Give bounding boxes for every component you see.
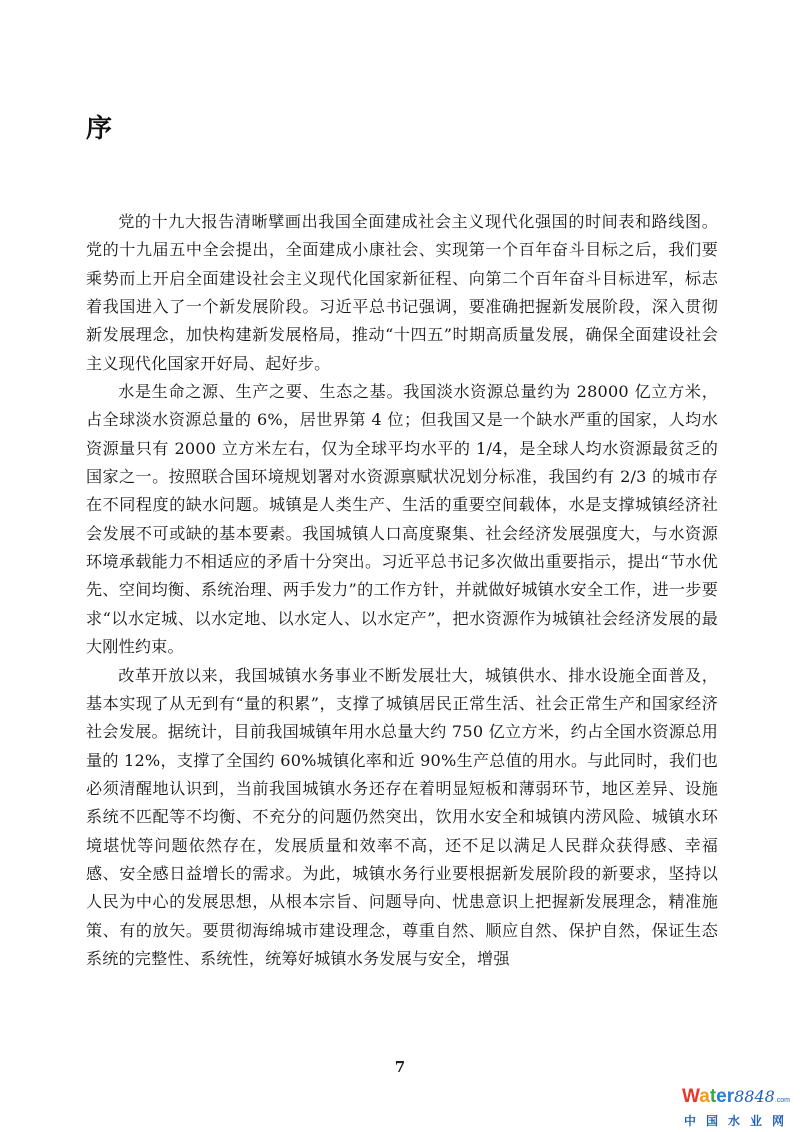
paragraph-2: 水是生命之源、生产之要、生态之基。我国淡水资源总量约为 28000 亿立方米，占… [86, 378, 718, 661]
watermark-subtitle: 中国水业网 [682, 1113, 794, 1129]
logo-suffix: .com [775, 1097, 790, 1104]
watermark-logo-text: Water8848.com [682, 1087, 794, 1111]
paragraph-1: 党的十九大报告清晰擘画出我国全面建成社会主义现代化强国的时间表和路线图。党的十九… [86, 208, 718, 378]
document-page: 序 党的十九大报告清晰擘画出我国全面建成社会主义现代化强国的时间表和路线图。党的… [0, 0, 800, 1132]
logo-letter-a: a [699, 1086, 710, 1107]
logo-letter-er: er [716, 1086, 734, 1107]
page-number: 7 [0, 1058, 800, 1076]
logo-number: 8848 [734, 1087, 775, 1106]
body-text: 党的十九大报告清晰擘画出我国全面建成社会主义现代化强国的时间表和路线图。党的十九… [86, 208, 718, 973]
watermark-logo: Water8848.com 中国水业网 [682, 1087, 794, 1129]
paragraph-3: 改革开放以来，我国城镇水务事业不断发展壮大，城镇供水、排水设施全面普及，基本实现… [86, 662, 718, 974]
logo-letter-w: W [682, 1086, 699, 1107]
page-title: 序 [86, 108, 112, 145]
